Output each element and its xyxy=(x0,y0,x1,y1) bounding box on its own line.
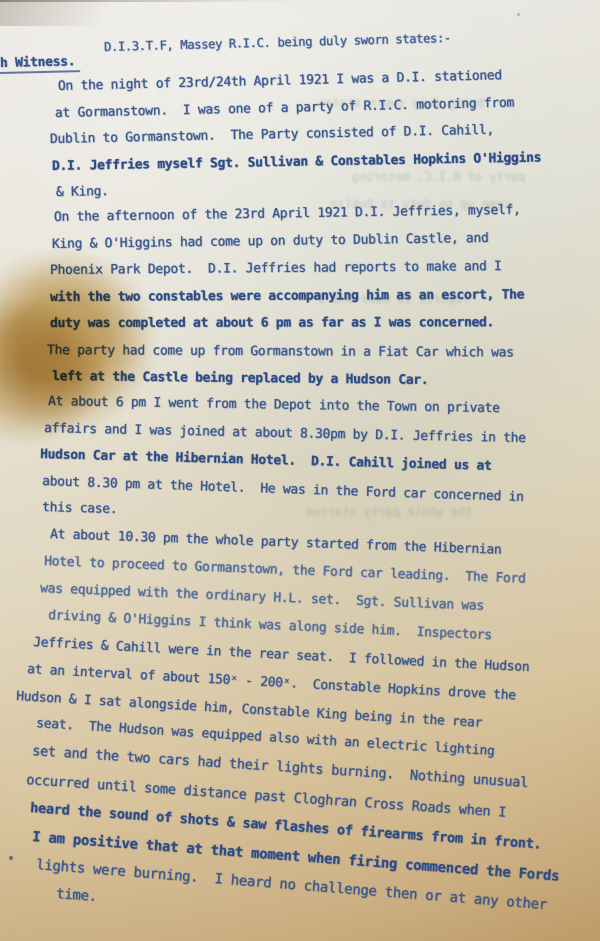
sworn-statement-heading: D.I.3.T.F, Massey R.I.C. being duly swor… xyxy=(104,31,451,54)
ink-speck xyxy=(517,13,520,16)
witness-label: h Witness. xyxy=(0,54,80,74)
statement-paragraph: On the night of 23rd/24th April 1921 I w… xyxy=(52,74,600,207)
statement-paragraph: At about 10.30 pm the whole party starte… xyxy=(30,521,590,908)
paper-corner-shadow xyxy=(0,0,150,26)
ink-speck xyxy=(9,856,13,860)
paper-top-edge xyxy=(0,0,310,2)
photographed-paper: being duly sworn states party of R.I.C. … xyxy=(0,0,600,941)
document-photo-page: { "page": { "kind": "photograph of a typ… xyxy=(0,0,600,941)
